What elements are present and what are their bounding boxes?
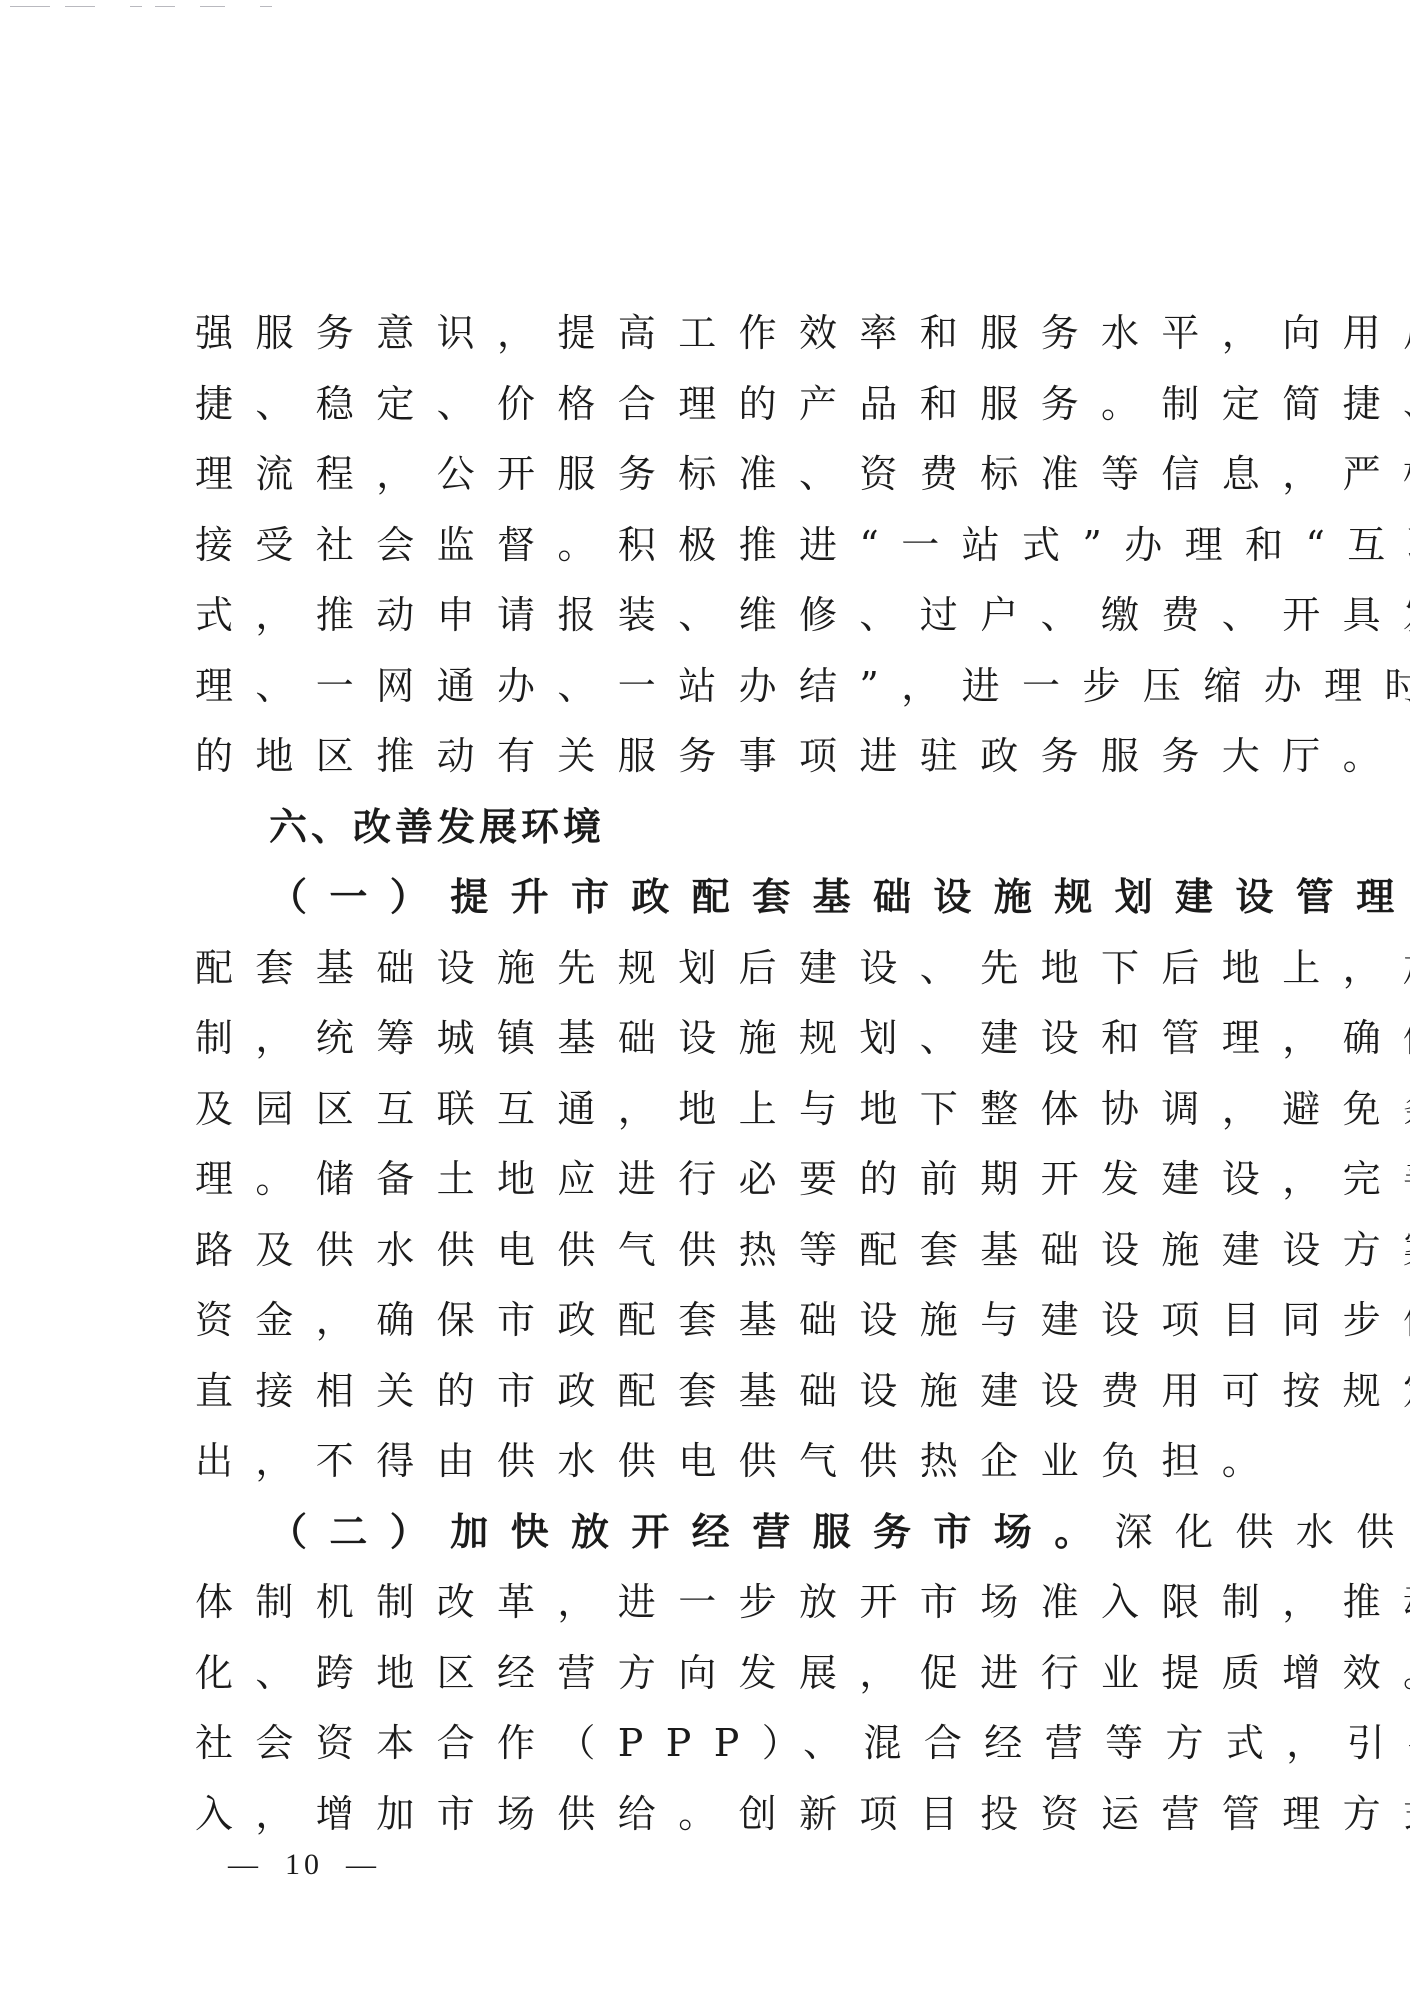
- text-line: 理、一网通办、一站办结”，进一步压缩办理时限，鼓励有条件: [195, 659, 1235, 730]
- subsection-title: （二）加快放开经营服务市场。: [269, 1509, 1115, 1554]
- text-line: 式，推动申请报装、维修、过户、缴费、开具发票等“一窗受: [195, 588, 1235, 659]
- text-line: 制，统筹城镇基础设施规划、建设和管理，确保老城区与新城区: [195, 1011, 1235, 1082]
- text-line: 资金，确保市政配套基础设施与建设项目同步使用。与储备土地: [195, 1293, 1235, 1364]
- text-line: 的地区推动有关服务事项进驻政务服务大厅。: [195, 729, 1235, 800]
- text-line: 配套基础设施先规划后建设、先地下后地上，加强专项规划编: [195, 941, 1235, 1012]
- text-line: 理流程，公开服务标准、资费标准等信息，严格落实承诺制度，: [195, 447, 1235, 518]
- text-line: 路及供水供电供气供热等配套基础设施建设方案，落实工程建设: [195, 1223, 1235, 1294]
- text-line: 捷、稳定、价格合理的产品和服务。制定简捷、标准化的服务办: [195, 377, 1235, 448]
- text-line: 理。储备土地应进行必要的前期开发建设，完善与地块相关的道: [195, 1152, 1235, 1223]
- text-line: 及园区互联互通，地上与地下整体协调，避免条块分割、多头管: [195, 1082, 1235, 1153]
- text-line: 接受社会监督。积极推进“一站式”办理和“互联网+”服务模: [195, 518, 1235, 589]
- document-page: 强服务意识，提高工作效率和服务水平，向用户提供安全、便 捷、稳定、价格合理的产品…: [195, 306, 1235, 1857]
- subsection-title: （一）提升市政配套基础设施规划建设管理水平。: [269, 874, 1410, 919]
- paragraph-service-continuation: 强服务意识，提高工作效率和服务水平，向用户提供安全、便 捷、稳定、价格合理的产品…: [195, 306, 1235, 800]
- text-line: 化、跨地区经营方向发展，促进行业提质增效。支持通过政府和: [195, 1646, 1235, 1717]
- subsection-market-opening: （二）加快放开经营服务市场。深化供水供电供气供暖行业 体制机制改革，进一步放开市…: [195, 1505, 1235, 1858]
- subsection-text: 深化供水供电供气供暖行业: [1115, 1510, 1410, 1554]
- text-line: 社会资本合作（PPP）、混合经营等方式，引导社会资本有序进: [195, 1716, 1235, 1787]
- text-line: 直接相关的市政配套基础设施建设费用可按规定纳入土地开发支: [195, 1364, 1235, 1435]
- text-line: 体制机制改革，进一步放开市场准入限制，推动向规模化、集约: [195, 1575, 1235, 1646]
- subsection-first-line: （一）提升市政配套基础设施规划建设管理水平。坚持市政: [195, 870, 1235, 941]
- page-number: — 10 —: [228, 1848, 380, 1882]
- section-heading: 六、改善发展环境: [195, 800, 1235, 871]
- text-line: 出，不得由供水供电供气供热企业负担。: [195, 1434, 1235, 1505]
- scan-edge-marks: [0, 4, 400, 10]
- subsection-infrastructure: （一）提升市政配套基础设施规划建设管理水平。坚持市政 配套基础设施先规划后建设、…: [195, 870, 1235, 1505]
- text-line: 入，增加市场供给。创新项目投资运营管理方式，实行投资、建: [195, 1787, 1235, 1858]
- text-line: 强服务意识，提高工作效率和服务水平，向用户提供安全、便: [195, 306, 1235, 377]
- subsection-first-line: （二）加快放开经营服务市场。深化供水供电供气供暖行业: [195, 1505, 1235, 1576]
